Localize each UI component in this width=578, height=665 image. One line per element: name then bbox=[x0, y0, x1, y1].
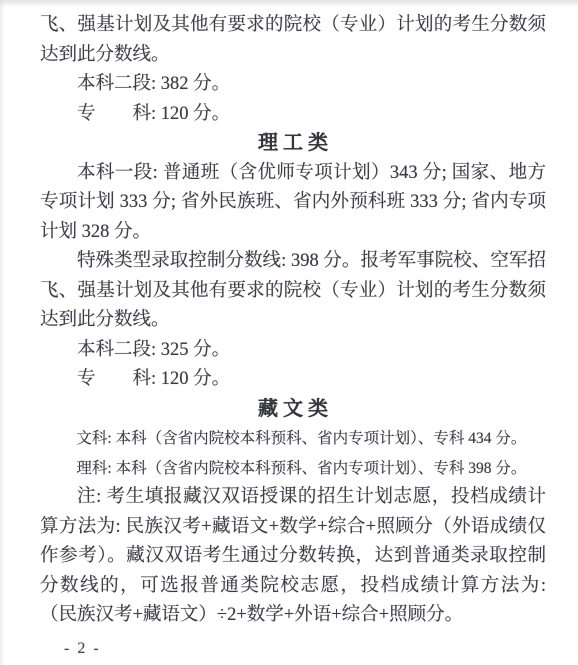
document-page: 飞、强基计划及其他有要求的院校（专业）计划的考生分数须达到此分数线。 本科二段:… bbox=[0, 0, 578, 665]
section-heading-ligong: 理 工 类 bbox=[40, 129, 546, 159]
paragraph-requirement-continued: 飞、强基计划及其他有要求的院校（专业）计划的考生分数须达到此分数线。 bbox=[40, 11, 546, 70]
score-line-zangwen-wenke: 文科: 本科（含省内院校本科预科、省内专项计划）、专科 434 分。 bbox=[40, 424, 546, 454]
page-number: - 2 - bbox=[40, 638, 546, 660]
paragraph-ligong-special-type: 特殊类型录取控制分数线: 398 分。报考军事院校、空军招飞、强基计划及其他有要… bbox=[40, 247, 546, 336]
paragraph-ligong-benke1: 本科一段: 普通班（含优师专项计划）343 分; 国家、地方专项计划 333 分… bbox=[40, 159, 546, 248]
score-line-ligong-benke2: 本科二段: 325 分。 bbox=[40, 336, 546, 366]
score-line-ligong-zhuanke: 专 科: 120 分。 bbox=[40, 365, 546, 395]
score-line-zangwen-like: 理科: 本科（含省内院校本科预科、省内专项计划）、专科 398 分。 bbox=[40, 454, 546, 484]
document-body: 飞、强基计划及其他有要求的院校（专业）计划的考生分数须达到此分数线。 本科二段:… bbox=[0, 0, 578, 660]
score-line-wenshi-benke2: 本科二段: 382 分。 bbox=[40, 70, 546, 100]
section-heading-zangwen: 藏 文 类 bbox=[40, 395, 546, 425]
score-line-wenshi-zhuanke: 专 科: 120 分。 bbox=[40, 100, 546, 130]
note-paragraph-bilingual-scoring: 注: 考生填报藏汉双语授课的招生计划志愿，投档成绩计算方法为: 民族汉考+藏语文… bbox=[40, 483, 546, 631]
